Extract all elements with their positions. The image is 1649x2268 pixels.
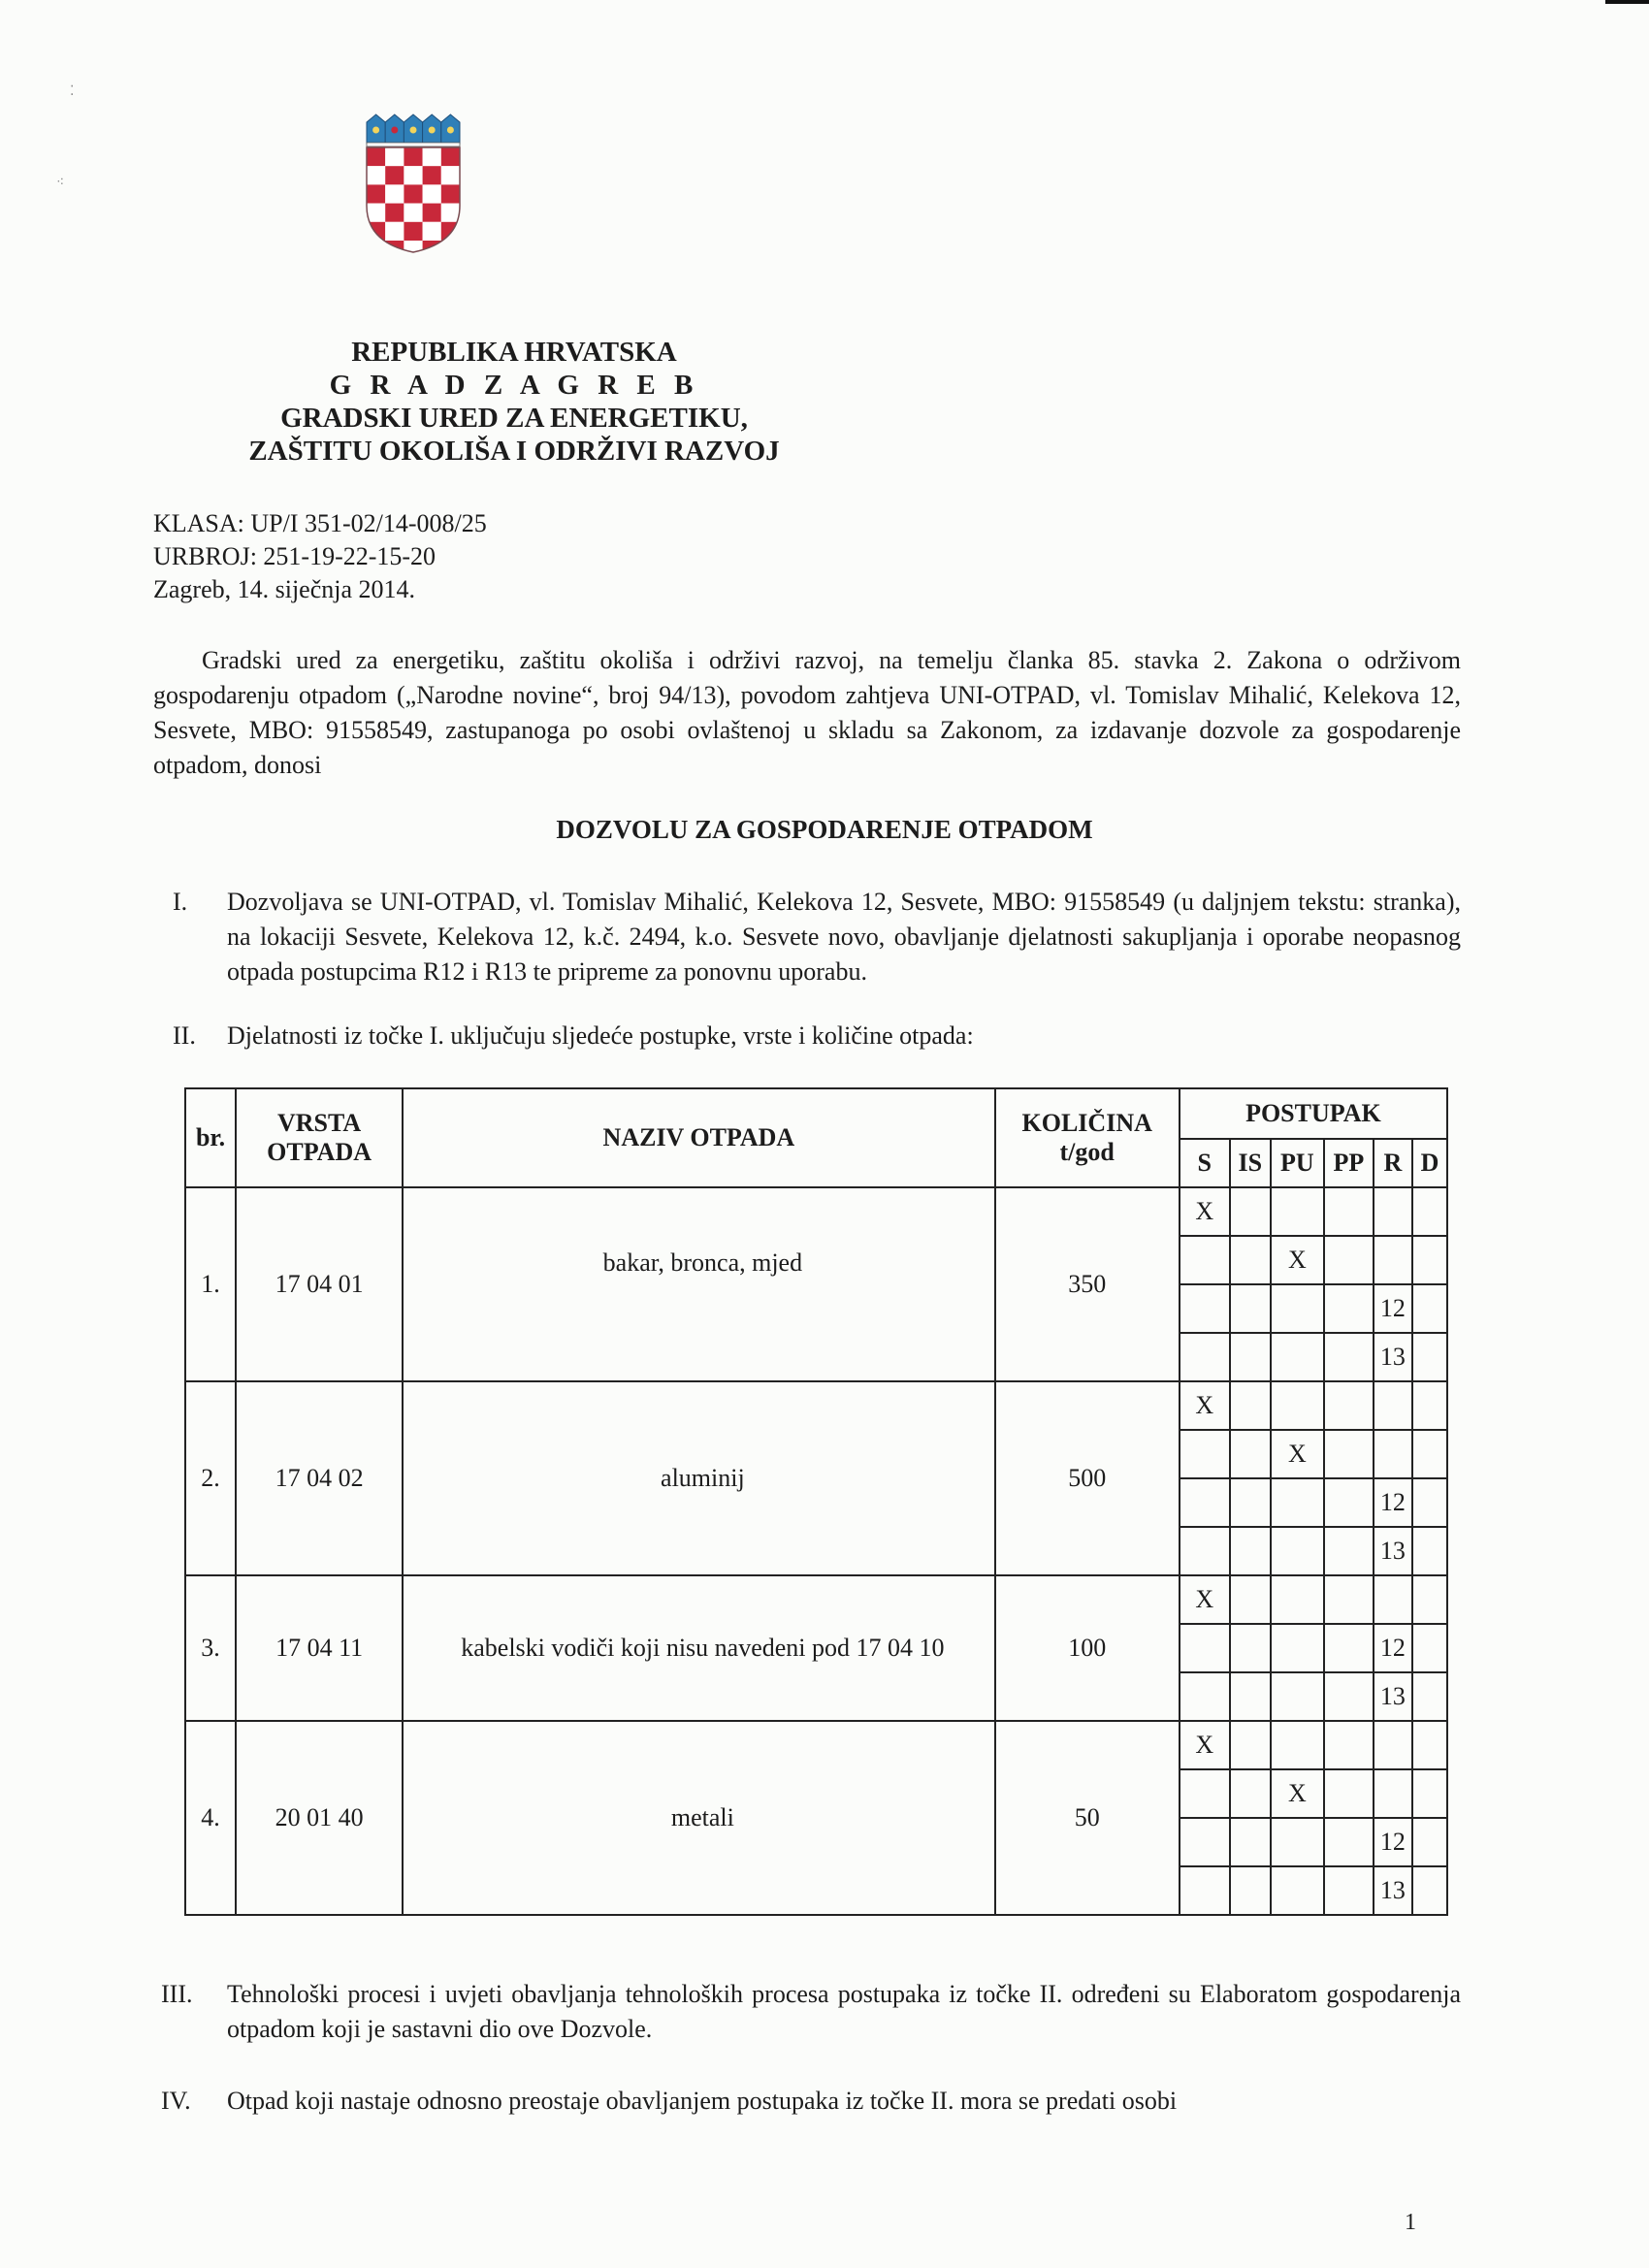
section-text: Otpad koji nastaje odnosno preostaje oba… (227, 2084, 1461, 2119)
cell-postupak-d (1412, 1187, 1447, 1236)
cell-postupak-is (1230, 1381, 1271, 1430)
cell-postupak-r (1374, 1575, 1412, 1624)
issuer-heading: REPUBLIKA HRVATSKA G R A D Z A G R E B G… (242, 336, 786, 468)
cell-postupak-d (1412, 1236, 1447, 1284)
header-text: KOLIČINA (996, 1109, 1179, 1138)
section-4: IV. Otpad koji nastaje odnosno preostaje… (173, 2084, 1461, 2119)
col-header-d: D (1412, 1139, 1447, 1187)
cell-postupak-pp (1324, 1478, 1374, 1527)
header-text: t/god (996, 1138, 1179, 1167)
cell-br: 2. (185, 1381, 236, 1575)
cell-postupak-d (1412, 1381, 1447, 1430)
waste-table: br. VRSTA OTPADA NAZIV OTPADA KOLIČINA t… (184, 1087, 1448, 1916)
col-header-kolicina: KOLIČINA t/god (995, 1088, 1180, 1187)
cell-postupak-r: 13 (1374, 1527, 1412, 1575)
cell-postupak-is (1230, 1478, 1271, 1527)
cell-postupak-pu (1271, 1721, 1324, 1769)
cell-vrsta-otpada: 17 04 02 (236, 1381, 403, 1575)
document-title: DOZVOLU ZA GOSPODARENJE OTPADOM (0, 815, 1649, 845)
table-row: 4.20 01 40metali50X (185, 1721, 1447, 1769)
cell-postupak-pp (1324, 1866, 1374, 1915)
cell-postupak-s (1180, 1478, 1230, 1527)
cell-postupak-s: X (1180, 1187, 1230, 1236)
col-header-is: IS (1230, 1139, 1271, 1187)
col-header-postupak: POSTUPAK (1180, 1088, 1447, 1139)
cell-postupak-d (1412, 1333, 1447, 1381)
section-text: Dozvoljava se UNI-OTPAD, vl. Tomislav Mi… (227, 885, 1461, 989)
section-text: Djelatnosti iz točke I. uključuju sljede… (227, 1019, 1461, 1053)
cell-postupak-is (1230, 1866, 1271, 1915)
klasa: KLASA: UP/I 351-02/14-008/25 (153, 507, 487, 540)
header-text: VRSTA (237, 1109, 402, 1138)
cell-postupak-pu: X (1271, 1236, 1324, 1284)
col-header-pp: PP (1324, 1139, 1374, 1187)
cell-postupak-is (1230, 1236, 1271, 1284)
cell-kolicina: 500 (995, 1381, 1180, 1575)
cell-br: 3. (185, 1575, 236, 1721)
cell-kolicina: 100 (995, 1575, 1180, 1721)
table-row: 3.17 04 11kabelski vodiči koji nisu nave… (185, 1575, 1447, 1624)
cell-naziv-otpada: metali (403, 1721, 994, 1915)
cell-postupak-pu (1271, 1575, 1324, 1624)
intro-paragraph: Gradski ured za energetiku, zaštitu okol… (153, 643, 1461, 783)
cell-postupak-r: 12 (1374, 1478, 1412, 1527)
cell-postupak-d (1412, 1527, 1447, 1575)
table-row: 2.17 04 02aluminij500X (185, 1381, 1447, 1430)
col-header-br: br. (185, 1088, 236, 1187)
section-number: III. (161, 1977, 215, 2012)
document-meta: KLASA: UP/I 351-02/14-008/25 URBROJ: 251… (153, 507, 487, 606)
cell-postupak-is (1230, 1527, 1271, 1575)
cell-postupak-is (1230, 1721, 1271, 1769)
cell-postupak-d (1412, 1575, 1447, 1624)
scan-speck: ⁚ (70, 83, 74, 100)
cell-postupak-s: X (1180, 1721, 1230, 1769)
cell-postupak-is (1230, 1187, 1271, 1236)
section-2: II. Djelatnosti iz točke I. uključuju sl… (173, 1019, 1461, 1053)
cell-postupak-is (1230, 1575, 1271, 1624)
heading-line: ZAŠTITU OKOLIŠA I ODRŽIVI RAZVOJ (242, 435, 786, 468)
cell-postupak-r (1374, 1187, 1412, 1236)
cell-naziv-otpada: bakar, bronca, mjed (403, 1187, 994, 1381)
scan-edge-mark (1605, 0, 1649, 4)
section-number: I. (173, 885, 227, 920)
header-text: OTPADA (237, 1138, 402, 1167)
cell-postupak-r: 13 (1374, 1866, 1412, 1915)
cell-postupak-s (1180, 1769, 1230, 1818)
cell-postupak-r (1374, 1236, 1412, 1284)
col-header-naziv: NAZIV OTPADA (403, 1088, 994, 1187)
cell-postupak-d (1412, 1769, 1447, 1818)
cell-postupak-is (1230, 1284, 1271, 1333)
section-number: IV. (161, 2084, 215, 2119)
cell-postupak-pu (1271, 1381, 1324, 1430)
cell-postupak-is (1230, 1333, 1271, 1381)
cell-postupak-pu: X (1271, 1430, 1324, 1478)
scan-speck: ⁖ (56, 175, 64, 191)
section-3: III. Tehnološki procesi i uvjeti obavlja… (173, 1977, 1461, 2047)
cell-postupak-r: 12 (1374, 1818, 1412, 1866)
cell-postupak-pu (1271, 1478, 1324, 1527)
page-number: 1 (1405, 2210, 1416, 2236)
cell-postupak-r: 12 (1374, 1624, 1412, 1672)
cell-postupak-d (1412, 1284, 1447, 1333)
cell-postupak-pp (1324, 1333, 1374, 1381)
cell-vrsta-otpada: 17 04 01 (236, 1187, 403, 1381)
cell-postupak-s: X (1180, 1381, 1230, 1430)
urbroj: URBROJ: 251-19-22-15-20 (153, 540, 487, 573)
date-place: Zagreb, 14. siječnja 2014. (153, 573, 487, 606)
cell-postupak-is (1230, 1430, 1271, 1478)
cell-postupak-r: 12 (1374, 1284, 1412, 1333)
cell-postupak-is (1230, 1672, 1271, 1721)
cell-postupak-r (1374, 1721, 1412, 1769)
heading-line: G R A D Z A G R E B (242, 369, 786, 402)
cell-postupak-pu (1271, 1333, 1324, 1381)
cell-postupak-d (1412, 1866, 1447, 1915)
section-number: II. (173, 1019, 227, 1053)
cell-postupak-is (1230, 1818, 1271, 1866)
cell-postupak-d (1412, 1818, 1447, 1866)
cell-postupak-s (1180, 1236, 1230, 1284)
cell-postupak-d (1412, 1430, 1447, 1478)
cell-postupak-pp (1324, 1624, 1374, 1672)
cell-postupak-r (1374, 1381, 1412, 1430)
cell-postupak-s (1180, 1866, 1230, 1915)
col-header-s: S (1180, 1139, 1230, 1187)
section-1: I. Dozvoljava se UNI-OTPAD, vl. Tomislav… (173, 885, 1461, 989)
cell-postupak-pp (1324, 1575, 1374, 1624)
cell-postupak-pp (1324, 1672, 1374, 1721)
cell-postupak-r (1374, 1430, 1412, 1478)
cell-postupak-pu (1271, 1284, 1324, 1333)
cell-vrsta-otpada: 17 04 11 (236, 1575, 403, 1721)
cell-postupak-d (1412, 1624, 1447, 1672)
col-header-pu: PU (1271, 1139, 1324, 1187)
heading-line: REPUBLIKA HRVATSKA (242, 336, 786, 369)
cell-postupak-d (1412, 1478, 1447, 1527)
cell-postupak-pu (1271, 1527, 1324, 1575)
coat-of-arms-icon (359, 109, 468, 254)
cell-postupak-s: X (1180, 1575, 1230, 1624)
col-header-vrsta: VRSTA OTPADA (236, 1088, 403, 1187)
cell-postupak-r (1374, 1769, 1412, 1818)
cell-naziv-otpada: kabelski vodiči koji nisu navedeni pod 1… (403, 1575, 994, 1721)
cell-postupak-d (1412, 1721, 1447, 1769)
cell-postupak-pu: X (1271, 1769, 1324, 1818)
cell-postupak-r: 13 (1374, 1672, 1412, 1721)
col-header-r: R (1374, 1139, 1412, 1187)
cell-postupak-pu (1271, 1672, 1324, 1721)
section-text: Tehnološki procesi i uvjeti obavljanja t… (227, 1977, 1461, 2047)
cell-postupak-pp (1324, 1430, 1374, 1478)
heading-line: GRADSKI URED ZA ENERGETIKU, (242, 402, 786, 435)
cell-postupak-s (1180, 1818, 1230, 1866)
cell-postupak-s (1180, 1430, 1230, 1478)
cell-vrsta-otpada: 20 01 40 (236, 1721, 403, 1915)
cell-postupak-is (1230, 1624, 1271, 1672)
cell-postupak-pp (1324, 1187, 1374, 1236)
cell-postupak-r: 13 (1374, 1333, 1412, 1381)
cell-postupak-d (1412, 1672, 1447, 1721)
cell-br: 4. (185, 1721, 236, 1915)
cell-postupak-pu (1271, 1187, 1324, 1236)
cell-postupak-is (1230, 1769, 1271, 1818)
cell-naziv-otpada: aluminij (403, 1381, 994, 1575)
table-row: 1.17 04 01bakar, bronca, mjed350X (185, 1187, 1447, 1236)
cell-br: 1. (185, 1187, 236, 1381)
cell-postupak-s (1180, 1672, 1230, 1721)
cell-postupak-s (1180, 1284, 1230, 1333)
cell-postupak-s (1180, 1527, 1230, 1575)
cell-postupak-pp (1324, 1769, 1374, 1818)
cell-postupak-pp (1324, 1527, 1374, 1575)
cell-kolicina: 350 (995, 1187, 1180, 1381)
cell-postupak-pu (1271, 1624, 1324, 1672)
cell-postupak-pu (1271, 1866, 1324, 1915)
cell-postupak-s (1180, 1333, 1230, 1381)
cell-postupak-pp (1324, 1236, 1374, 1284)
cell-postupak-pp (1324, 1381, 1374, 1430)
cell-postupak-pp (1324, 1284, 1374, 1333)
cell-postupak-pp (1324, 1721, 1374, 1769)
cell-postupak-pu (1271, 1818, 1324, 1866)
cell-postupak-pp (1324, 1818, 1374, 1866)
cell-postupak-s (1180, 1624, 1230, 1672)
cell-kolicina: 50 (995, 1721, 1180, 1915)
